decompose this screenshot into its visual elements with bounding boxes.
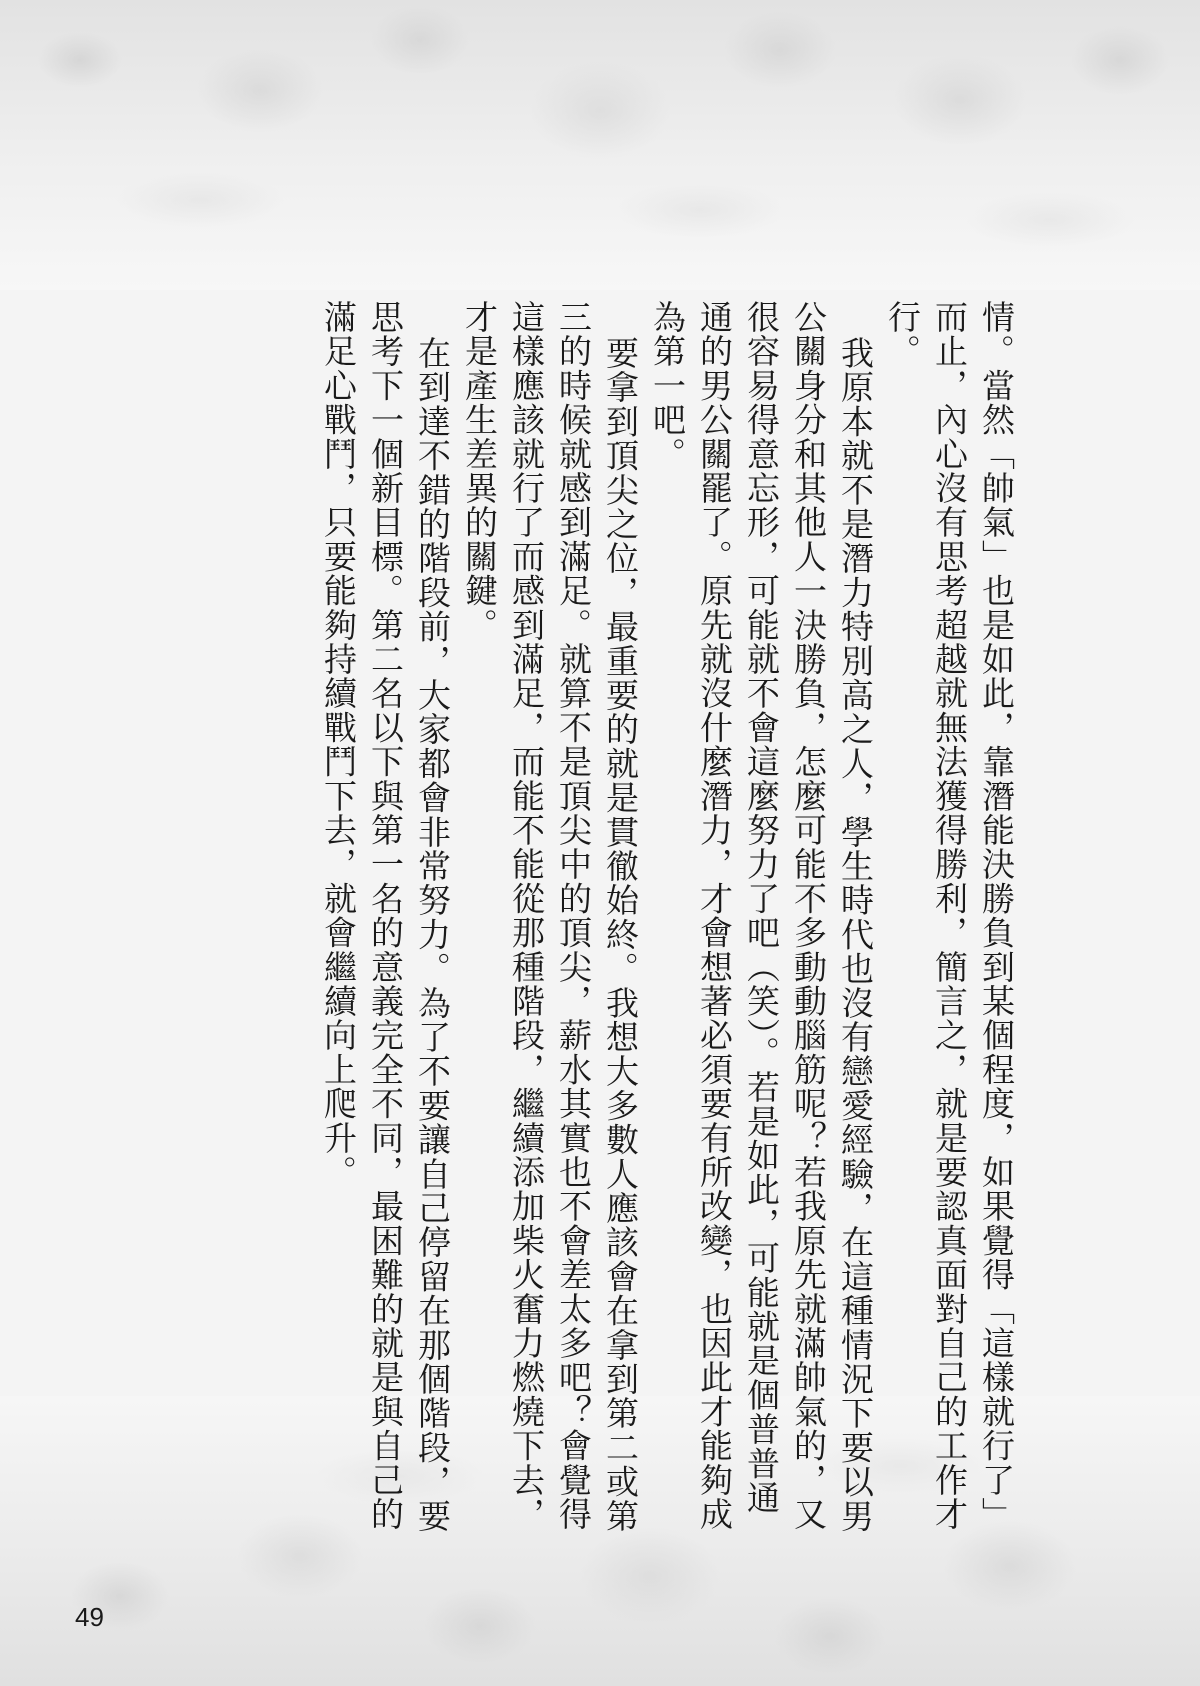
text-column-14: 思考下一個新目標。第二名以下與第一名的意義完全不同，最困難的就是與自己的 — [362, 300, 409, 1500]
text-column-1: 情。當然「帥氣」也是如此，靠潛能決勝負到某個程度，如果覺得「這樣就行了」 — [973, 300, 1020, 1500]
text-column-5: 公關身分和其他人一決勝負，怎麼可能不多動動腦筋呢？若我原先就滿帥氣的，又 — [785, 300, 832, 1500]
page-number: 49 — [75, 1602, 104, 1633]
text-column-11: 這樣應該就行了而感到滿足，而能不能從那種階段，繼續添加柴火奮力燃燒下去， — [503, 300, 550, 1500]
text-column-13: 在到達不錯的階段前，大家都會非常努力。為了不要讓自己停留在那個階段，要 — [409, 300, 456, 1500]
text-column-2: 而止，內心沒有思考超越就無法獲得勝利，簡言之，就是要認真面對自己的工作才 — [926, 300, 973, 1500]
text-column-10: 三的時候就感到滿足。就算不是頂尖中的頂尖，薪水其實也不會差太多吧？會覺得 — [550, 300, 597, 1500]
text-column-9: 要拿到頂尖之位，最重要的就是貫徹始終。我想大多數人應該會在拿到第二或第 — [597, 300, 644, 1500]
text-column-3: 行。 — [879, 300, 926, 1500]
body-text: 情。當然「帥氣」也是如此，靠潛能決勝負到某個程度，如果覺得「這樣就行了」 而止，… — [315, 300, 1020, 1500]
text-column-4: 我原本就不是潛力特別高之人，學生時代也沒有戀愛經驗，在這種情況下要以男 — [832, 300, 879, 1500]
text-column-12: 才是產生差異的關鍵。 — [456, 300, 503, 1500]
text-column-15: 滿足心戰鬥，只要能夠持續戰鬥下去，就會繼續向上爬升。 — [315, 300, 362, 1500]
text-column-8: 為第一吧。 — [644, 300, 691, 1500]
text-column-7: 通的男公關罷了。原先就沒什麼潛力，才會想著必須要有所改變，也因此才能夠成 — [691, 300, 738, 1500]
text-column-6: 很容易得意忘形，可能就不會這麼努力了吧（笑）。若是如此，可能就是個普普通 — [738, 300, 785, 1500]
decorative-border-top — [0, 0, 1200, 290]
